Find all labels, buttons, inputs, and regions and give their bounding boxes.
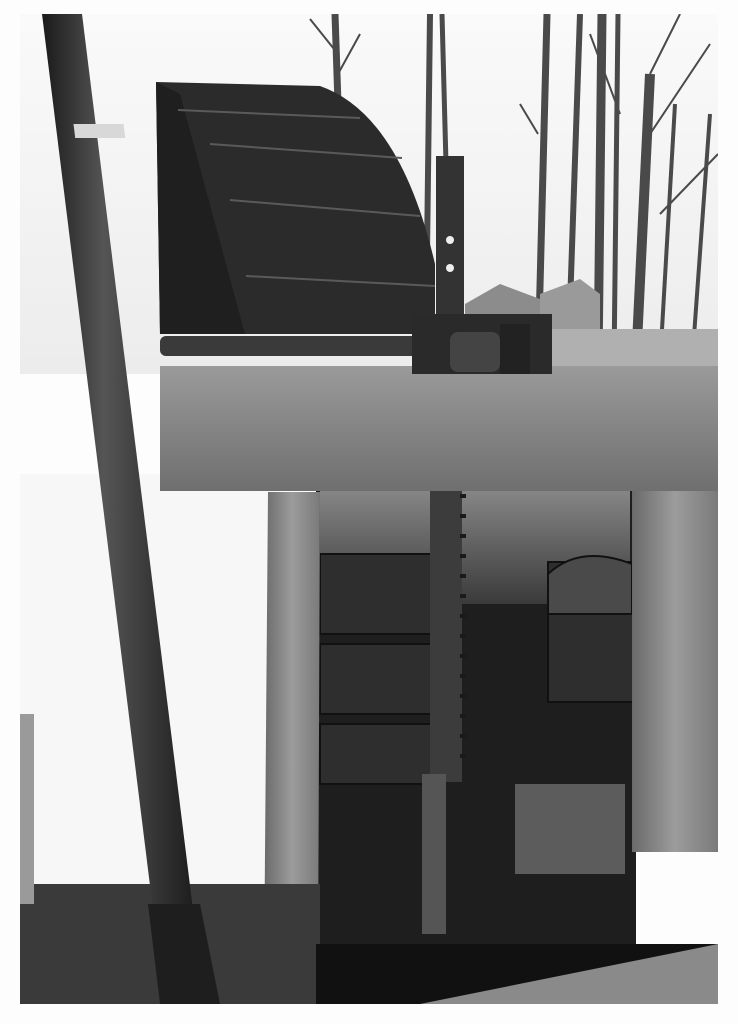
photograph <box>20 14 718 1004</box>
stone-block <box>515 784 625 874</box>
axle-shaft <box>160 336 430 356</box>
right-stone-pillar <box>632 472 718 852</box>
post-hole <box>446 236 454 244</box>
concrete-beam <box>160 366 718 491</box>
gear-mechanism <box>412 314 552 374</box>
wall-fitting <box>20 714 34 904</box>
post-hole <box>446 264 454 272</box>
